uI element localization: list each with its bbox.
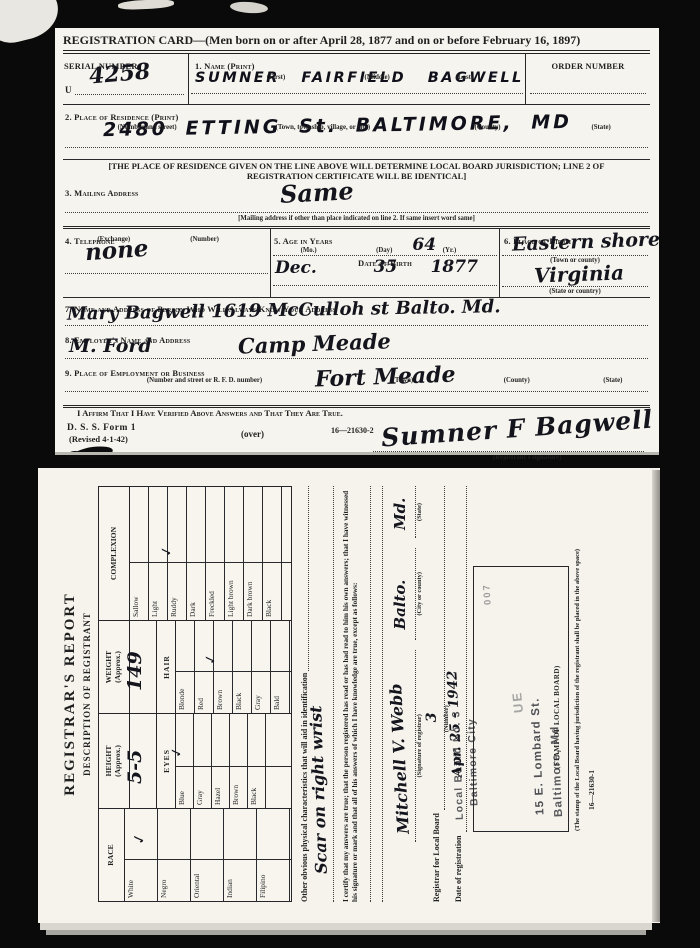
order-dotted-line — [530, 93, 646, 94]
name-sublabels: (First) (Middle) (Last) — [195, 74, 521, 83]
registrar-state-segment: Md. — [401, 486, 416, 538]
hair-header-text: HAIR — [162, 655, 171, 679]
option-check-cell: ✓ — [125, 809, 157, 859]
option-label: White — [125, 859, 157, 901]
option-row-freckled: Freckled — [206, 487, 225, 620]
option-row-oriental: Oriental — [191, 809, 224, 901]
empty-cell — [290, 671, 291, 713]
option-label: Gray — [194, 766, 211, 808]
serial-line: U — [65, 84, 184, 95]
telephone-dotted-line — [65, 273, 268, 274]
option-row-dark-brown: Dark brown — [244, 487, 263, 620]
empty-cell — [290, 621, 291, 671]
mailing-dotted-line — [65, 212, 648, 213]
empty-cell — [290, 859, 291, 901]
serial-prefix: U — [65, 85, 72, 95]
employment-sublabel-state: (State) — [603, 377, 622, 384]
weight-value: 149 — [124, 651, 146, 691]
scanned-registration-card-page: { "front": { "title": "REGISTRATION CARD… — [0, 0, 700, 948]
local-board-stamp-box: 007 UE 15 E. Lombard St. (STAMP OF LOCAL… — [473, 566, 569, 832]
dob-day: 35 — [374, 257, 398, 277]
option-row-dark: Dark — [187, 487, 206, 620]
eyes-header: EYES — [157, 714, 176, 808]
height-value-cell: 5-5 — [130, 714, 157, 808]
option-check-cell — [191, 809, 223, 859]
option-label: Filipino — [257, 859, 289, 901]
registrar-city-segment: Balto. — [401, 548, 416, 640]
mailing-value: Same — [279, 176, 354, 209]
stamp-faint-007: 007 — [481, 583, 493, 606]
other-characteristics: Other obvious physical characteristics t… — [300, 486, 334, 902]
empty-filler-row — [282, 487, 291, 620]
eyes-options: Blue✓GrayHazelBrownBlack — [176, 714, 291, 808]
name-cell: 1. Name (Print) SUMNER FAIRFIELD BAGWELL… — [189, 54, 526, 104]
registrar-signature-segment: Mitchell V. Webb — [401, 650, 416, 842]
option-label: Light brown — [225, 562, 243, 620]
option-check-cell — [248, 714, 265, 766]
dob-month: Dec. — [275, 258, 317, 278]
option-row-black: Black — [263, 487, 282, 620]
row-serial-name-order: SERIAL NUMBER 4258 U 1. Name (Print) SUM… — [63, 54, 650, 105]
complexion-header: COMPLEXION — [99, 487, 130, 620]
contact-dotted-line — [65, 325, 648, 326]
telephone-cell: 4. Telephone none (Exchange) (Number) — [63, 229, 271, 297]
option-label: Blonde — [176, 671, 194, 713]
empty-cell — [266, 766, 291, 808]
name-sublabel-last: (Last) — [456, 74, 473, 81]
height-eyes-group: HEIGHT (Approx.) 5-5 EYES Blue✓GrayHazel… — [99, 713, 291, 808]
front-footer: D. S. S. Form 1 (Revised 4-1-42) (over) … — [63, 421, 650, 465]
checkmark: ✓ — [202, 652, 220, 667]
hair-options: BlondeRedBrown✓BlackGrayBald — [176, 621, 291, 713]
age-dob-cell: 5. Age in Years 64 Date of Birth Dec. 35… — [271, 229, 500, 297]
birthplace-town-line — [502, 255, 648, 256]
option-check-cell — [130, 487, 148, 562]
telephone-sublabel-exchange: (Exchange) — [97, 236, 130, 243]
back-print-code: 16—21630-1 — [587, 486, 596, 810]
dob-dotted-line — [273, 285, 497, 286]
mailing-row: 3. Mailing Address Same — [63, 182, 650, 215]
option-check-cell — [158, 809, 190, 859]
option-label: Oriental — [191, 859, 223, 901]
name-dotted-line — [191, 93, 523, 94]
date-value: Apr. 25 - 1942 — [444, 671, 466, 778]
registrar-signature-labels: (Signature of registrar) (City or county… — [416, 486, 423, 902]
option-label: Black — [263, 562, 281, 620]
option-check-cell — [212, 714, 229, 766]
empty-cell — [282, 562, 291, 620]
race-options: White✓NegroOrientalIndianFilipino — [125, 809, 291, 901]
employment-dotted-line — [65, 391, 648, 392]
option-label: Blue — [176, 766, 193, 808]
option-row-black: Black — [233, 621, 252, 713]
stamp-box-caption: (The stamp of the Local Board having jur… — [574, 530, 582, 850]
option-label: Light — [149, 562, 167, 620]
employment-sublabel-town: (Town) — [393, 377, 414, 384]
birthplace-state-value: Virginia — [534, 260, 625, 287]
telephone-sublabels: (Exchange) (Number) — [65, 236, 267, 245]
option-check-cell — [271, 621, 289, 671]
birthplace-cell: 6. Place of Birth Eastern shore (Town or… — [500, 229, 650, 297]
certification-text: I certify that my answers are true; that… — [341, 486, 359, 902]
blank-dotted-line — [371, 486, 383, 902]
contact-row: 7. Name and Address of Person Who Will A… — [63, 298, 650, 329]
paper-speck — [118, 0, 174, 10]
option-row-blonde: Blonde — [176, 621, 195, 713]
option-check-cell — [187, 487, 205, 562]
option-row-negro: Negro — [158, 809, 191, 901]
employment-sublabels: (Number and street or R. F. D. number) (… — [65, 377, 650, 386]
stamp-street-address: 15 E. Lombard St. — [529, 697, 546, 815]
mailing-label: 3. Mailing Address — [65, 188, 139, 198]
option-label: Bald — [271, 671, 289, 713]
dob-sublabels: (Mo.) (Day) (Yr.) — [274, 247, 496, 256]
residence-sublabels: (Number and street) (Town, township, vil… — [65, 124, 650, 133]
option-row-indian: Indian — [224, 809, 257, 901]
over-note: (over) — [241, 429, 264, 439]
form-revision: (Revised 4-1-42) — [69, 434, 128, 444]
option-check-cell — [224, 809, 256, 859]
dob-sublabel-yr: (Yr.) — [443, 247, 457, 254]
option-row-sallow: Sallow — [130, 487, 149, 620]
order-number-label: ORDER NUMBER — [552, 61, 625, 71]
jurisdiction-note: [THE PLACE OF RESIDENCE GIVEN ON THE LIN… — [63, 160, 650, 182]
empty-filler-row — [290, 809, 291, 901]
row-telephone-age-birth: 4. Telephone none (Exchange) (Number) 5.… — [63, 229, 650, 298]
dob-sublabel-mo: (Mo.) — [301, 247, 317, 254]
option-label: Ruddy — [168, 562, 186, 620]
option-check-cell — [257, 809, 289, 859]
complexion-group: COMPLEXION SallowLightRuddy✓DarkFreckled… — [99, 487, 291, 620]
option-check-cell — [263, 487, 281, 562]
option-check-cell: ✓ — [168, 487, 186, 562]
weight-hair-group: WEIGHT (Approx.) 149 HAIR BlondeRedBrown… — [99, 620, 291, 713]
residence-row: 2. Place of Residence (Print) 2480 ETTIN… — [63, 105, 650, 160]
registrar-city-label: (City or county) — [416, 548, 423, 640]
birthplace-state-line — [502, 286, 648, 287]
contact-value: Mary Bagwell 1619 McCulloh st Balto. Md. — [67, 296, 501, 325]
local-board-number: 3 — [424, 712, 440, 722]
option-check-cell — [225, 487, 243, 562]
option-row-gray: Gray — [194, 714, 212, 808]
description-table: RACE White✓NegroOrientalIndianFilipino H… — [98, 486, 292, 902]
employer-row: 8. Employer's Name and Address M. Ford C… — [63, 329, 650, 362]
race-group: RACE White✓NegroOrientalIndianFilipino — [99, 808, 291, 901]
residence-sublabel-county: (County) — [475, 124, 501, 131]
checkmark: ✓ — [158, 544, 176, 559]
checkmark: ✓ — [129, 831, 149, 847]
registrar-signature-label: (Signature of registrar) — [416, 650, 423, 842]
paper-edge — [652, 470, 660, 922]
option-row-blue: Blue✓ — [176, 714, 194, 808]
option-row-gray: Gray — [252, 621, 271, 713]
registrar-state-label: (State) — [416, 486, 423, 538]
option-row-brown: Brown — [230, 714, 248, 808]
registrar-city: Balto. — [391, 580, 409, 630]
registrar-state: Md. — [391, 498, 409, 530]
other-dotted — [300, 486, 309, 671]
birthplace-town-value: Eastern shore — [512, 228, 661, 255]
hair-header: HAIR — [157, 621, 176, 713]
employer-value: M. Ford — [69, 335, 152, 357]
dob-year: 1877 — [431, 257, 478, 277]
mailing-sublabel: [Mailing address if other than place ind… — [63, 215, 650, 229]
option-row-filipino: Filipino — [257, 809, 290, 901]
front-print-code: 16—21630-2 — [331, 426, 374, 435]
other-value-line: Scar on right wrist — [311, 486, 334, 902]
serial-dotted-line — [75, 84, 185, 95]
stamp-faint-ue: UE — [509, 690, 526, 714]
checkmark: ✓ — [168, 745, 186, 760]
option-label: Gray — [252, 671, 270, 713]
employment-sublabel-county: (County) — [504, 377, 530, 384]
option-check-cell — [194, 714, 211, 766]
option-label: Hazel — [212, 766, 229, 808]
local-board-dotted: 3 (Number) — [432, 486, 445, 810]
date-label: Date of registration — [454, 836, 467, 903]
option-label: Sallow — [130, 562, 148, 620]
option-check-cell: ✓ — [176, 714, 193, 766]
age-label: 5. Age in Years — [274, 236, 333, 246]
option-label: Red — [195, 671, 213, 713]
residence-sublabel-town: (Town, township, village, or city) — [276, 124, 371, 131]
option-row-red: Red — [195, 621, 214, 713]
other-value: Scar on right wrist — [306, 705, 331, 874]
option-row-bald: Bald — [271, 621, 290, 713]
weight-header-sub: (Approx.) — [114, 651, 123, 683]
serial-number-cell: SERIAL NUMBER 4258 U — [63, 54, 189, 104]
paper-speck — [230, 1, 269, 15]
residence-dotted-line — [65, 147, 648, 148]
blank-dotted-line — [359, 486, 371, 902]
residence-sublabel-street: (Number and street) — [118, 124, 177, 131]
employment-row: 9. Place of Employment or Business Fort … — [63, 362, 650, 405]
local-board-label: Registrar for Local Board — [432, 813, 445, 902]
empty-cell — [266, 714, 291, 766]
option-check-cell — [230, 714, 247, 766]
option-check-cell: ✓ — [214, 621, 232, 671]
registrar-report-card: REGISTRAR'S REPORT DESCRIPTION OF REGIST… — [38, 468, 660, 923]
option-check-cell — [206, 487, 224, 562]
option-label: Brown — [214, 671, 232, 713]
option-label: Freckled — [206, 562, 224, 620]
employer-dotted-line — [65, 358, 648, 359]
complexion-options: SallowLightRuddy✓DarkFreckledLight brown… — [130, 487, 291, 620]
option-row-brown: Brown✓ — [214, 621, 233, 713]
option-row-black: Black — [248, 714, 266, 808]
registration-card-front: REGISTRATION CARD—(Men born on or after … — [55, 28, 659, 452]
option-row-hazel: Hazel — [212, 714, 230, 808]
birthplace-state-sublabel: (State or country) — [500, 288, 650, 295]
empty-filler-row — [290, 621, 291, 713]
option-check-cell — [176, 621, 194, 671]
name-sublabel-middle: (Middle) — [365, 74, 390, 81]
race-header-text: RACE — [107, 844, 116, 866]
dob-sublabel-day: (Day) — [376, 247, 392, 254]
registrar-report-wrapper: REGISTRAR'S REPORT DESCRIPTION OF REGIST… — [38, 468, 660, 923]
employment-sublabel-street: (Number and street or R. F. D. number) — [147, 377, 262, 384]
option-label: Negro — [158, 859, 190, 901]
option-check-cell — [252, 621, 270, 671]
registrant-signature-label: (Registrant's signature) — [493, 454, 561, 461]
option-label: Dark — [187, 562, 205, 620]
option-row-ruddy: Ruddy✓ — [168, 487, 187, 620]
employer-value-2: Camp Meade — [238, 328, 392, 358]
local-board-row: Registrar for Local Board 3 (Number) — [432, 486, 445, 902]
card-title: REGISTRATION CARD—(Men born on or after … — [63, 33, 650, 54]
paper-edge — [55, 452, 659, 455]
option-label: Brown — [230, 766, 247, 808]
paper-edge — [40, 923, 652, 930]
race-header: RACE — [99, 809, 125, 901]
residence-sublabel-state: (State) — [592, 124, 611, 131]
order-number-cell: ORDER NUMBER — [526, 54, 650, 104]
option-label: Black — [248, 766, 265, 808]
option-label: Indian — [224, 859, 256, 901]
registrar-signature: Mitchell V. Webb — [386, 683, 413, 834]
option-check-cell — [244, 487, 262, 562]
empty-cell — [290, 809, 291, 859]
option-check-cell — [233, 621, 251, 671]
form-code: D. S. S. Form 1 — [67, 423, 136, 433]
date-of-registration-row: Date of registration Apr. 25 - 1942 Loca… — [454, 486, 467, 902]
name-sublabel-first: (First) — [267, 74, 286, 81]
report-title: REGISTRAR'S REPORT — [62, 486, 79, 902]
option-row-light-brown: Light brown — [225, 487, 244, 620]
height-header-sub: (Approx.) — [114, 745, 123, 777]
weight-value-cell: 149 — [130, 621, 157, 713]
report-subtitle: DESCRIPTION OF REGISTRANT — [82, 486, 92, 902]
telephone-sublabel-number: (Number) — [190, 236, 219, 243]
complexion-header-text: COMPLEXION — [110, 527, 119, 580]
option-label: Dark brown — [244, 562, 262, 620]
empty-filler-row — [266, 714, 291, 808]
paper-edge — [46, 930, 646, 935]
height-value: 5-5 — [124, 750, 146, 784]
registrar-signature-row: Mitchell V. Webb Balto. Md. — [401, 486, 416, 902]
option-label: Black — [233, 671, 251, 713]
empty-cell — [282, 487, 291, 562]
date-dotted: Apr. 25 - 1942 Local Board No. 3 Baltimo… — [454, 486, 467, 833]
stamp-city-state: Baltimore, Md. — [549, 721, 565, 817]
option-row-white: White✓ — [125, 809, 158, 901]
